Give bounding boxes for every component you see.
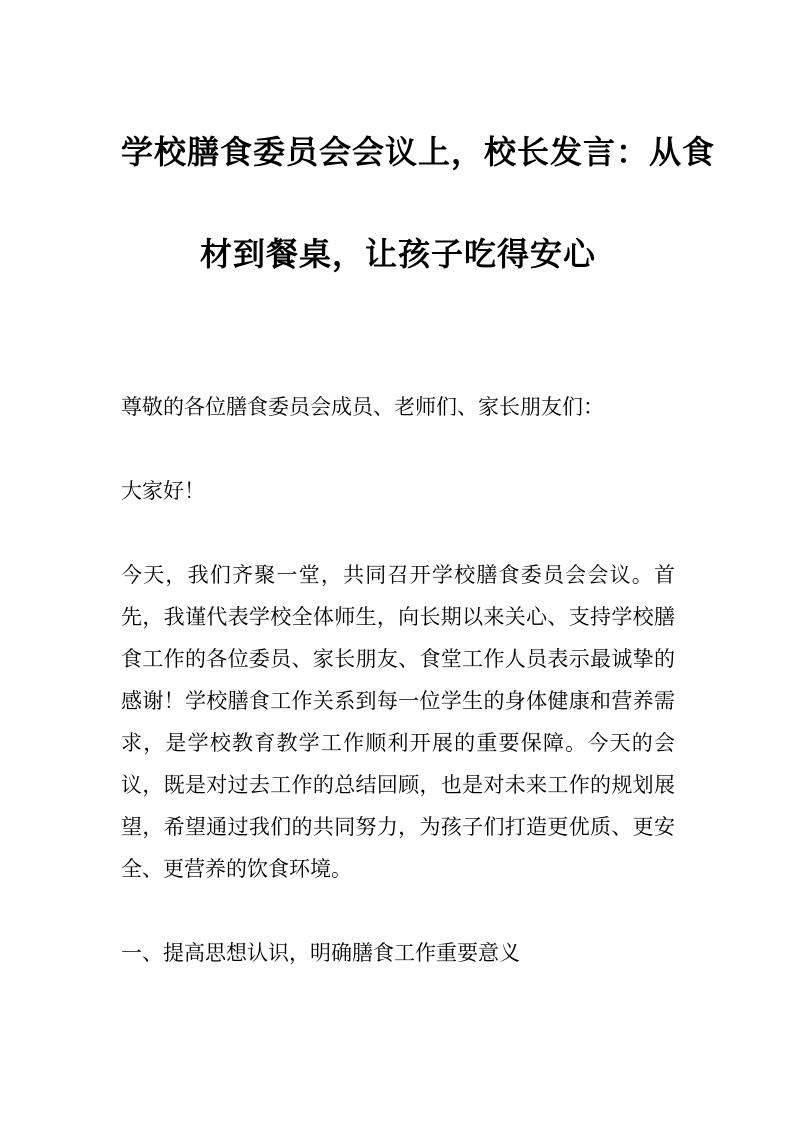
body-paragraph: 今天，我们齐聚一堂，共同召开学校膳食委员会会议。首先，我谨代表学校全体师生，向长… — [121, 555, 675, 891]
greeting-paragraph: 尊敬的各位膳食委员会成员、老师们、家长朋友们： — [121, 387, 675, 429]
section-heading-1: 一、提高思想认识，明确膳食工作重要意义 — [121, 933, 675, 975]
document-title: 学校膳食委员会会议上，校长发言：从食 材到餐桌，让孩子吃得安心 — [121, 101, 675, 305]
document-title-line-2: 材到餐桌，让孩子吃得安心 — [121, 203, 675, 305]
salutation-paragraph: 大家好！ — [121, 471, 675, 513]
document-title-line-1: 学校膳食委员会会议上，校长发言：从食 — [121, 101, 675, 203]
document-page: 学校膳食委员会会议上，校长发言：从食 材到餐桌，让孩子吃得安心 尊敬的各位膳食委… — [0, 0, 793, 1122]
